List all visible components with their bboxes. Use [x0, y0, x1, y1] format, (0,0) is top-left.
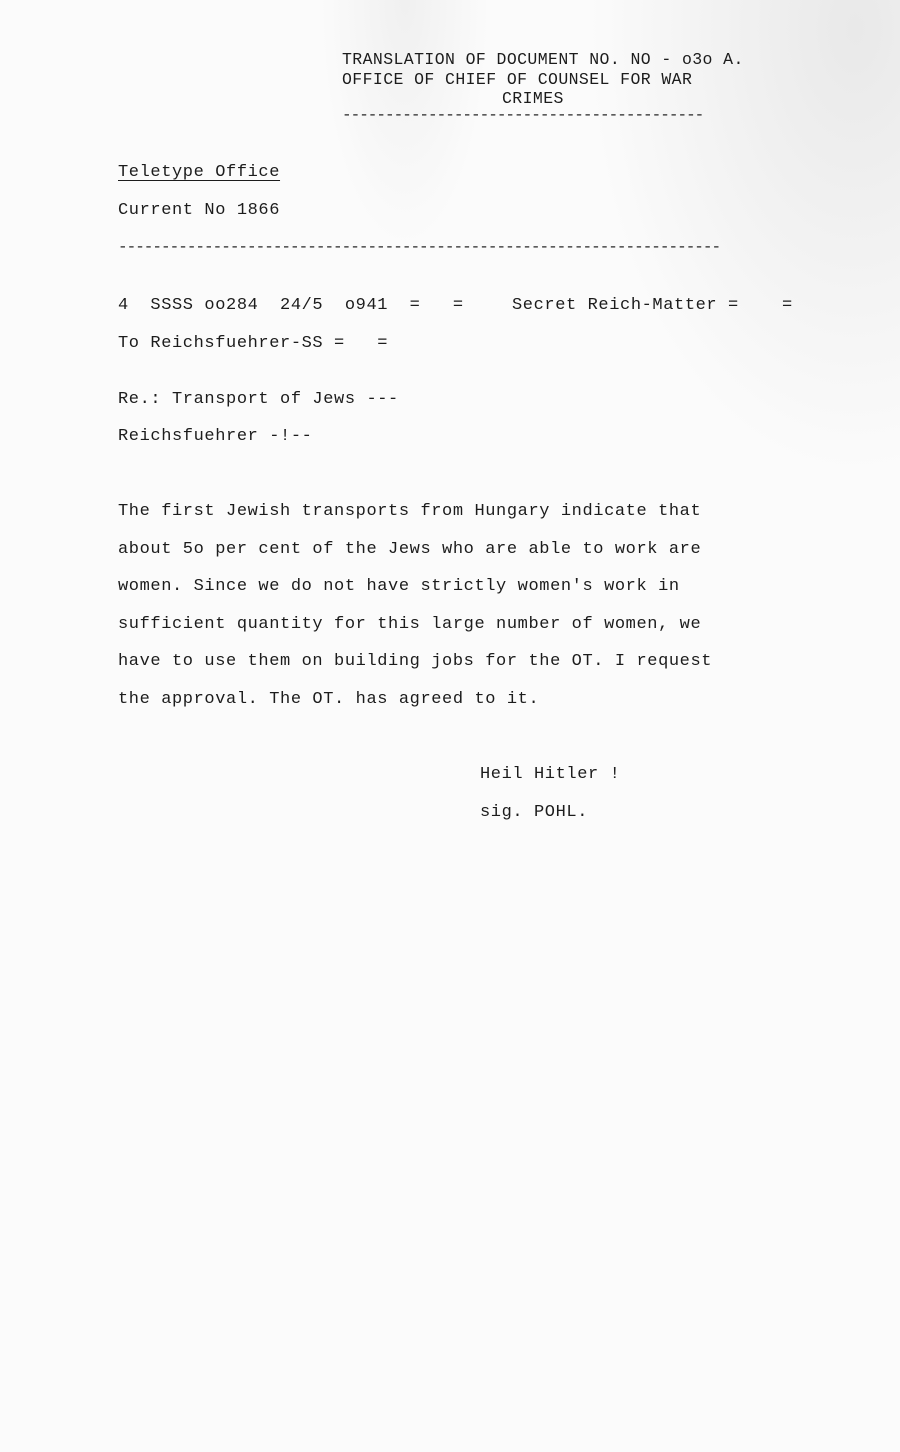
salutation: Heil Hitler ! — [480, 765, 620, 784]
signature: sig. POHL. — [480, 803, 588, 822]
body-line: sufficient quantity for this large numbe… — [118, 615, 701, 634]
section-rule: ----------------------------------------… — [118, 238, 794, 256]
subject-line: Re.: Transport of Jews --- — [118, 390, 399, 409]
document-title: TRANSLATION OF DOCUMENT NO. NO - o3o A. — [342, 50, 744, 69]
classification: Secret Reich-Matter = = — [512, 296, 793, 315]
office-title: OFFICE OF CHIEF OF COUNSEL FOR WAR — [342, 70, 692, 89]
document-page: TRANSLATION OF DOCUMENT NO. NO - o3o A. … — [0, 0, 900, 1452]
body-line: have to use them on building jobs for th… — [118, 652, 712, 671]
current-number: Current No 1866 — [118, 201, 280, 220]
body-line: about 5o per cent of the Jews who are ab… — [118, 540, 701, 559]
recipient-line: To Reichsfuehrer-SS = = — [118, 334, 388, 353]
body-line: the approval. The OT. has agreed to it. — [118, 690, 539, 709]
teletype-office-heading: Teletype Office — [118, 163, 280, 182]
body-line: women. Since we do not have strictly wom… — [118, 577, 680, 596]
body-line: The first Jewish transports from Hungary… — [118, 502, 701, 521]
addressee-line: Reichsfuehrer -!-- — [118, 427, 312, 446]
routing-line: 4 SSSS oo284 24/5 o941 = = — [118, 296, 464, 315]
header-rule: ----------------------------------------… — [342, 106, 780, 124]
